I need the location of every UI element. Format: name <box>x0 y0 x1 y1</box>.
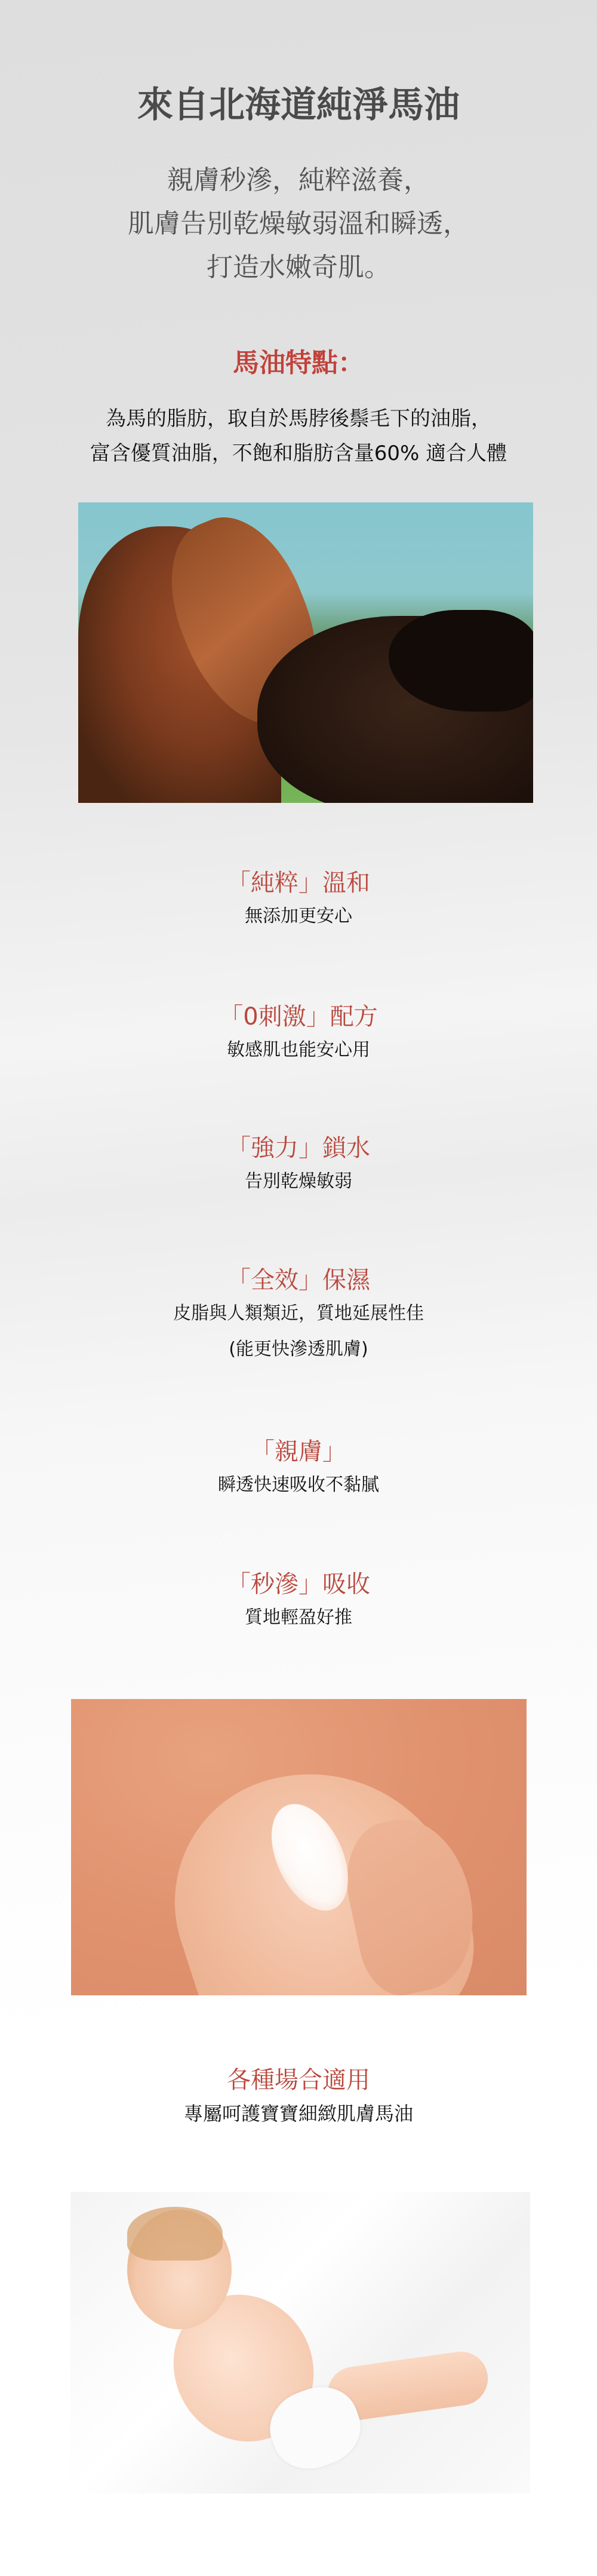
feature-item: 「親膚」 瞬透快速吸收不黏膩 <box>0 1436 597 1503</box>
feature-title: 「秒滲」吸收 <box>0 1569 597 1600</box>
horse-oil-description: 為馬的脂肪，取自於馬脖後鬃毛下的油脂， 富含優質油脂，不飽和脂肪含量60% 適合… <box>0 401 597 471</box>
intro-text: 親膚秒滲，純粹滋養， 肌膚告別乾燥敏弱溫和瞬透， 打造水嫩奇肌。 <box>0 158 597 289</box>
description-line: 富含優質油脂，不飽和脂肪含量60% 適合人體 <box>0 436 597 471</box>
feature-line: 質地輕盈好推 <box>0 1600 597 1636</box>
feature-item: 「秒滲」吸收 質地輕盈好推 <box>0 1569 597 1636</box>
feature-item: 「0刺激」配方 敏感肌也能安心用 <box>0 1001 597 1068</box>
feature-line: 瞬透快速吸收不黏膩 <box>0 1467 597 1503</box>
feature-line: (能更快滲透肌膚) <box>0 1332 597 1367</box>
occasions-section: 各種場合適用 專屬呵護寶寶細緻肌膚馬油 <box>0 2065 597 2132</box>
feature-line: 無添加更安心 <box>0 898 597 934</box>
intro-line: 親膚秒滲，純粹滋養， <box>0 158 597 202</box>
feature-item: 「全效」保濕 皮脂與人類類近，質地延展性佳 (能更快滲透肌膚) <box>0 1265 597 1367</box>
feature-line: 告別乾燥敏弱 <box>0 1164 597 1200</box>
horse-oil-heading: 馬油特點： <box>0 346 597 380</box>
occasions-subtitle: 專屬呵護寶寶細緻肌膚馬油 <box>0 2096 597 2132</box>
feature-title: 「親膚」 <box>0 1436 597 1467</box>
baby-hair <box>127 2207 223 2261</box>
occasions-heading: 各種場合適用 <box>0 2065 597 2096</box>
feature-line: 敏感肌也能安心用 <box>0 1032 597 1068</box>
intro-line: 肌膚告別乾燥敏弱溫和瞬透， <box>0 202 597 246</box>
feature-title: 「純粹」溫和 <box>0 867 597 898</box>
baby-image <box>70 2192 530 2494</box>
horses-image <box>78 502 533 803</box>
feature-title: 「強力」鎖水 <box>0 1133 597 1164</box>
hand-cream-image <box>71 1699 527 1995</box>
feature-item: 「強力」鎖水 告別乾燥敏弱 <box>0 1133 597 1200</box>
feature-item: 「純粹」溫和 無添加更安心 <box>0 867 597 934</box>
feature-title: 「全效」保濕 <box>0 1265 597 1296</box>
feature-title: 「0刺激」配方 <box>0 1001 597 1032</box>
page-title: 來自北海道純淨馬油 <box>0 82 597 128</box>
intro-line: 打造水嫩奇肌。 <box>0 246 597 289</box>
feature-line: 皮脂與人類類近，質地延展性佳 <box>0 1296 597 1332</box>
description-line: 為馬的脂肪，取自於馬脖後鬃毛下的油脂， <box>0 401 597 436</box>
